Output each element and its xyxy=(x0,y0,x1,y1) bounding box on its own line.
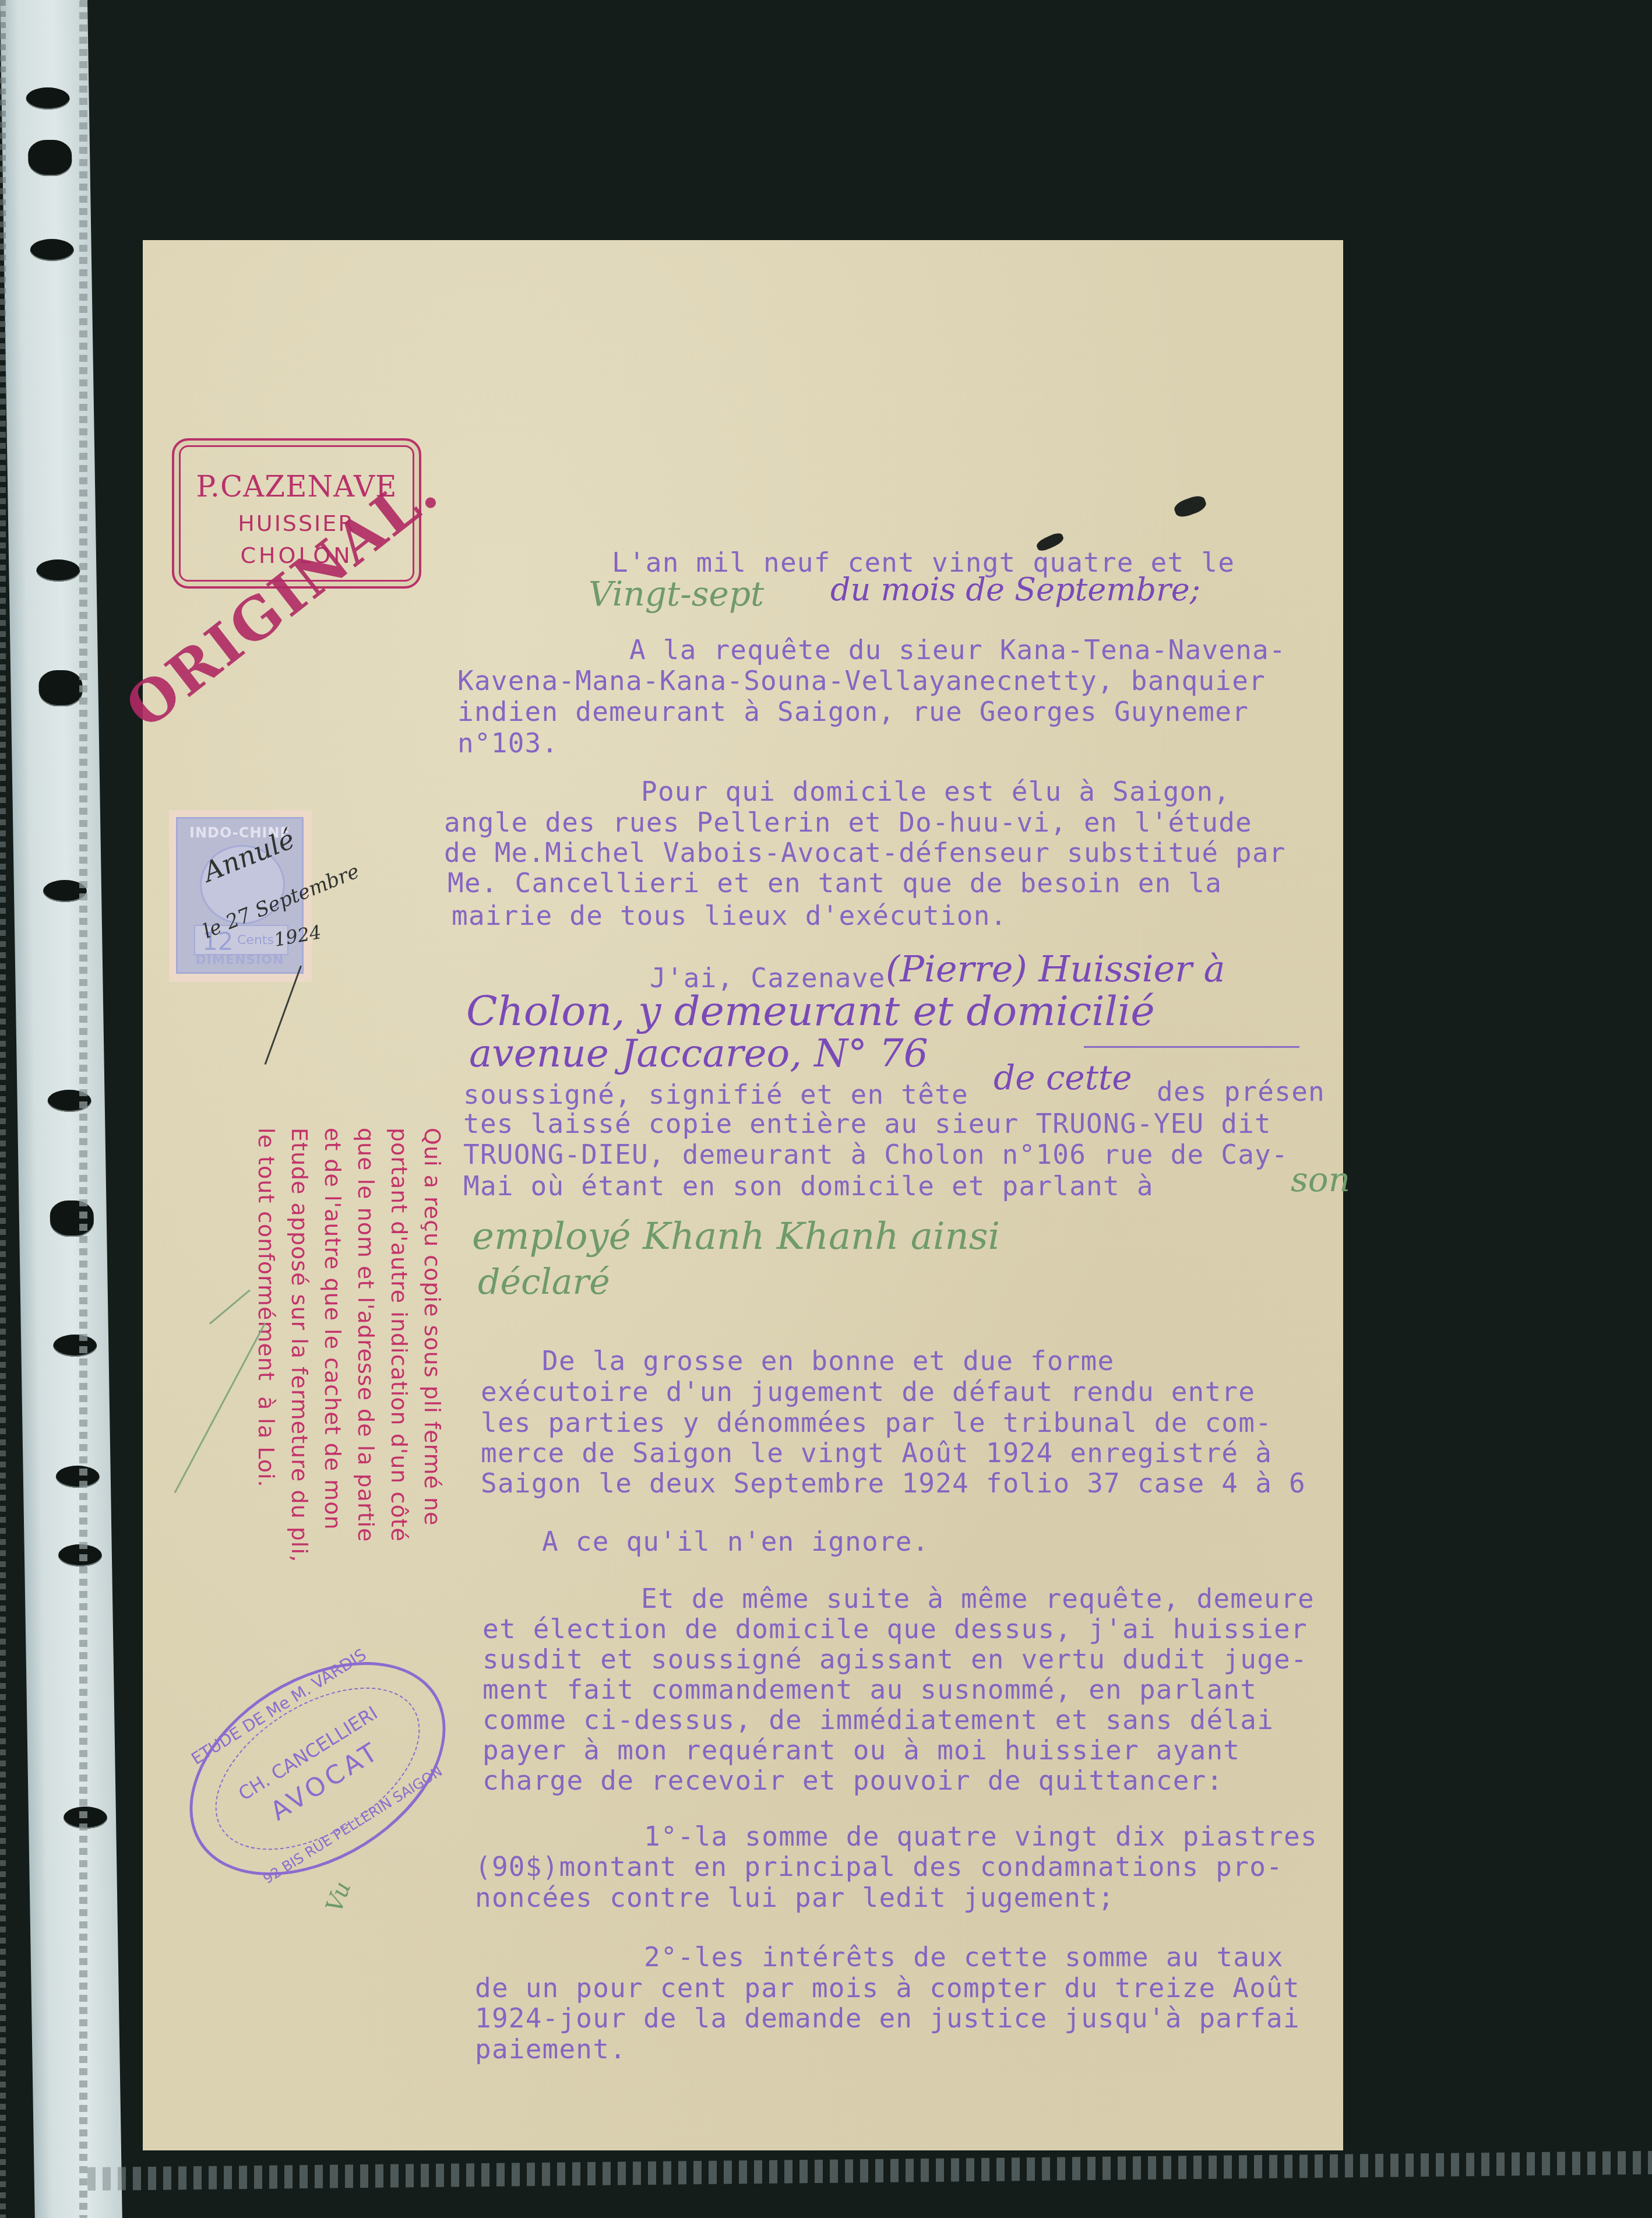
requete-line: A la requête du sieur Kana-Tena-Navena- xyxy=(629,636,1286,663)
jugement-line: les parties y dénommées par le tribunal … xyxy=(481,1409,1272,1436)
domicile-line: mairie de tous lieux d'exécution. xyxy=(452,902,1008,929)
requete-line: Kavena-Mana-Kana-Souna-Vellayanecnetty, … xyxy=(457,667,1266,694)
receipt-notice-line: le tout conformément à la Loi. xyxy=(249,1128,283,1562)
receipt-notice-line: Qui a reçu copie sous pli fermé ne xyxy=(415,1128,449,1562)
ignore-line: A ce qu'il n'en ignore. xyxy=(542,1528,929,1555)
receipt-notice-line: que le nom et l'adresse de la partie xyxy=(349,1128,382,1562)
fiscal-stamp-type: DIMENSION xyxy=(178,953,302,967)
receipt-notice-line: et de l'autre que le cachet de mon xyxy=(316,1128,349,1562)
huissier-intro-handwritten: avenue Jaccareo, N° 76 xyxy=(469,1034,928,1073)
receipt-notice-stamp: Qui a reçu copie sous pli fermé ne porta… xyxy=(249,1128,449,1562)
binder-hole xyxy=(53,1335,97,1357)
binder-hole xyxy=(38,670,83,706)
domicile-line: Pour qui domicile est élu à Saigon, xyxy=(641,778,1230,805)
signification-line: des présen xyxy=(1157,1078,1325,1105)
fiscal-stamp-unit: Cents xyxy=(237,933,274,948)
binder-strip xyxy=(0,0,122,2218)
signification-line: TRUONG-DIEU, demeurant à Cholon n°106 ru… xyxy=(463,1141,1288,1168)
huissier-intro-handwritten: (Pierre) Huissier à xyxy=(886,951,1225,987)
item1-line: 1°-la somme de quatre vingt dix piastres xyxy=(644,1823,1318,1850)
receipt-notice-line: Etude apposé sur la fermeture du pli, xyxy=(283,1128,316,1562)
signification-line: Mai où étant en son domicile et parlant … xyxy=(463,1173,1154,1199)
commandement-line: comme ci-dessus, de immédiatement et san… xyxy=(482,1706,1274,1733)
item2-line: 2°-les intérêts de cette somme au taux xyxy=(644,1944,1284,1970)
signification-line: soussigné, signifié et en tête xyxy=(463,1081,968,1108)
sheet-protector-edge xyxy=(79,0,87,2218)
commandement-line: charge de recevoir et pouvoir de quittan… xyxy=(482,1767,1223,1794)
sheet-protector-bottom-edge xyxy=(87,2151,1652,2191)
jugement-line: exécutoire d'un jugement de défaut rendu… xyxy=(481,1378,1255,1405)
requete-line: n°103. xyxy=(457,730,558,756)
jugement-line: Saigon le deux Septembre 1924 folio 37 c… xyxy=(481,1470,1306,1497)
handwritten-day: Vingt-sept xyxy=(589,577,764,611)
signification-handwritten: son xyxy=(1291,1163,1350,1196)
domicile-line: angle des rues Pellerin et Do-huu-vi, en… xyxy=(444,809,1252,836)
item2-line: paiement. xyxy=(475,2036,626,2062)
handwritten-recipient: déclaré xyxy=(478,1265,610,1300)
commandement-line: payer à mon requérant ou à moi huissier … xyxy=(482,1737,1240,1763)
domicile-line: Me. Cancellieri et en tant que de besoin… xyxy=(448,869,1222,896)
item2-line: 1924-jour de la demande en justice jusqu… xyxy=(475,2005,1300,2032)
binder-hole xyxy=(50,1200,94,1237)
signification-handwritten: de cette xyxy=(994,1061,1132,1094)
item1-line: noncées contre lui par ledit jugement; xyxy=(475,1884,1115,1911)
commandement-line: susdit et soussigné agissant en vertu du… xyxy=(482,1646,1308,1673)
binder-hole xyxy=(30,239,75,261)
binder-hole xyxy=(56,1466,100,1488)
commandement-line: et élection de domicile que dessus, j'ai… xyxy=(482,1615,1308,1642)
item1-line: (90$)montant en principal des condamnati… xyxy=(475,1853,1283,1880)
handwritten-month: du mois de Septembre; xyxy=(830,574,1200,605)
item2-line: de un pour cent par mois à compter du tr… xyxy=(475,1974,1300,2001)
jugement-line: De la grosse en bonne et due forme xyxy=(542,1347,1114,1374)
commandement-line: ment fait commandement au susnommé, en p… xyxy=(482,1676,1257,1703)
domicile-line: de Me.Michel Vabois-Avocat-défenseur sub… xyxy=(444,839,1286,866)
handwritten-recipient: employé Khanh Khanh ainsi xyxy=(472,1218,1000,1255)
requete-line: indien demeurant à Saigon, rue Georges G… xyxy=(457,698,1249,725)
filler-stroke xyxy=(1084,1046,1299,1048)
binder-hole xyxy=(36,559,80,582)
huissier-intro-handwritten: Cholon, y demeurant et domicilié xyxy=(466,991,1155,1031)
signification-line: tes laissé copie entière au sieur TRUONG… xyxy=(463,1110,1271,1137)
receipt-notice-line: portant d'autre indication d'un côté xyxy=(382,1128,415,1562)
sheet-protector-edge-left xyxy=(0,0,6,2218)
binder-hole xyxy=(26,87,70,110)
commandement-line: Et de même suite à même requête, demeure xyxy=(641,1585,1315,1612)
binder-hole xyxy=(27,140,72,176)
jugement-line: merce de Saigon le vingt Août 1924 enreg… xyxy=(481,1439,1272,1466)
